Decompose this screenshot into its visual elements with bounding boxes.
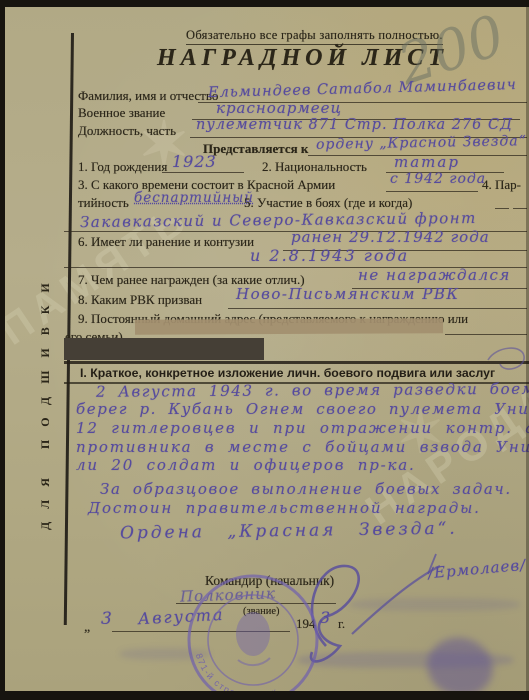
scan-edge-top [0, 0, 529, 7]
wounds-value-1: ранен 29.12.1942 года [291, 228, 490, 246]
battles-label: 5. Участие в боях (где и когда) [244, 195, 412, 211]
citation-line: Ордена „Красная Звезда“. [120, 519, 458, 544]
redaction-bar-tan [135, 318, 443, 335]
wounds-value-2: и 2.8.1943 года [250, 246, 409, 265]
scan-edge-left [0, 0, 5, 700]
nationality-value: татар [394, 153, 460, 171]
party-label-tail: тийность [78, 195, 129, 211]
underline [228, 308, 527, 309]
underline [386, 191, 478, 192]
spine-filing-text: ДЛЯ ПОДШИВКИ [38, 200, 53, 530]
nationality-label: 2. Национальность [262, 159, 367, 175]
date-year-suffix: г. [338, 616, 345, 632]
citation-line: 2 Августа 1943 г. во время разведки боем… [96, 379, 529, 401]
section-header: I. Краткое, конкретное изложение личн. б… [80, 366, 495, 380]
previous-awards-value: не награждался [358, 266, 511, 284]
award-sheet-document: ПАМЯТЬ НАРОДА ✶ ✶ ДЛЯ ПОДШИВКИ Обязатель… [0, 0, 529, 700]
wounds-label: 6. Имеет ли ранение и контузии [78, 234, 254, 250]
name-value: Ельминдеев Сатабол Маминбаевич [208, 77, 517, 101]
drafted-by-value: Ново-Письмянским РВК [236, 285, 459, 303]
unit-label: Должность, часть [78, 123, 176, 139]
rank-label: Военное звание [78, 105, 165, 121]
citation-line: За образцовое выполнение боевых задач. [100, 480, 512, 498]
citation-line: ли 20 солдат и офицеров пр-ка. [76, 456, 416, 474]
section-top-rule [64, 361, 529, 364]
unit-stamp: 871-й стрелк. полк [178, 568, 328, 700]
presented-label: Представляется к [203, 141, 308, 157]
citation-line: 12 гитлеровцев и при отражении контр. ат… [76, 419, 529, 437]
redaction-bar-dark [64, 338, 264, 360]
party-value: беспартийный [134, 190, 254, 206]
drafted-by-label: 8. Каким РВК призван [78, 292, 202, 308]
birth-year-value: 1923 [172, 152, 217, 171]
underline [513, 208, 527, 209]
citation-line: Достоин правительственной награды. [88, 499, 481, 517]
birth-year-label: 1. Год рождения [78, 159, 167, 175]
citation-line: берег р. Кубань Огнем своего пулемета Ун… [76, 400, 529, 418]
underline [445, 334, 527, 335]
citation-line: противника в месте с бойцами взвода Унич… [76, 438, 529, 456]
scan-edge-bottom [0, 691, 529, 700]
underline [495, 208, 509, 209]
date-quote-mark: „ [84, 620, 90, 636]
date-day-value: 3 [101, 609, 113, 629]
service-since-value: с 1942 года [390, 171, 486, 187]
party-label-head: 4. Пар- [482, 177, 521, 193]
presented-value: ордену „Красной Звезда“ [316, 133, 527, 153]
pen-curl-mark [486, 344, 528, 376]
underline [162, 172, 244, 173]
unit-value: пулеметчик 871 Стр. Полка 276 СД [196, 117, 513, 133]
rank-value: красноармеец [216, 99, 342, 117]
